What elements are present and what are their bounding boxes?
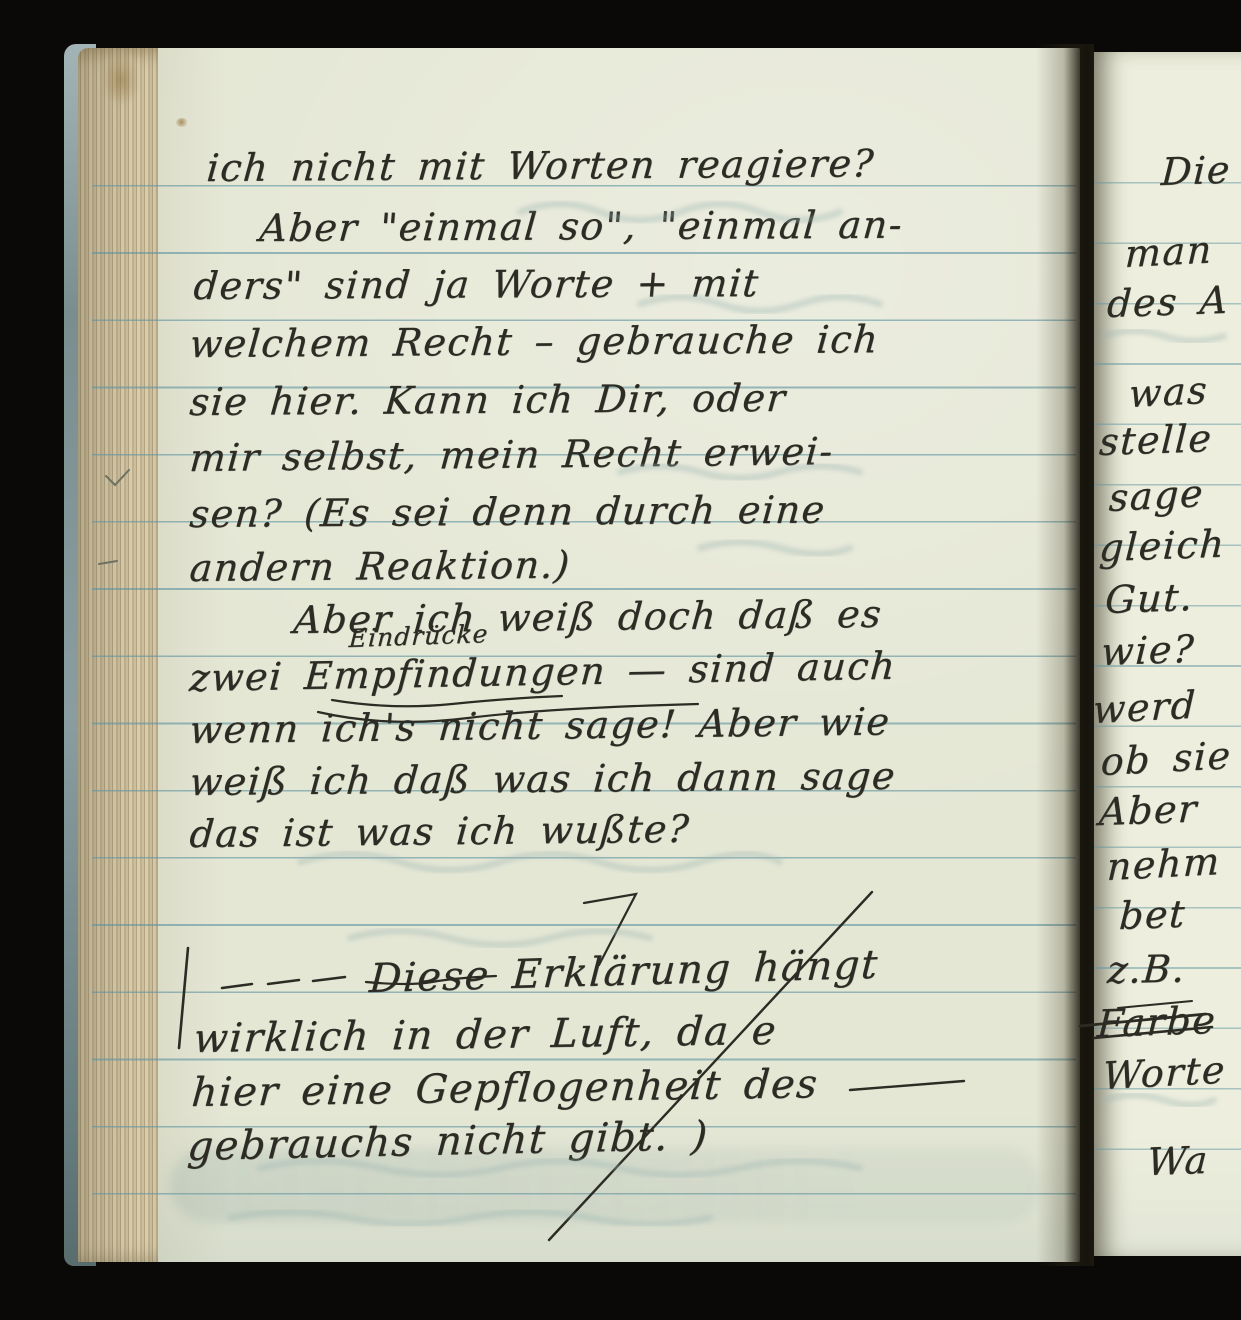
handwriting-fragment: ob sie: [1100, 733, 1232, 784]
handwriting-fragment: Worte: [1102, 1048, 1227, 1098]
handwriting-fragment: bet: [1118, 892, 1187, 938]
handwriting-line: Eindrücke: [348, 619, 489, 653]
handwriting-fragment: Gut.: [1104, 575, 1195, 622]
handwriting-line: sen? (Es sei denn durch eine: [188, 488, 827, 536]
handwriting-fragment: nehm: [1106, 839, 1221, 889]
handwriting-fragment: was: [1128, 368, 1209, 416]
handwriting-line: zwei Empfindungen — sind auch: [188, 644, 898, 700]
handwriting-fragment: werd: [1092, 683, 1197, 732]
handwriting-fragment: wie?: [1100, 627, 1196, 674]
handwriting-fragment: Aber: [1098, 787, 1199, 834]
handwriting-line: hier eine Gepflogenheit des: [190, 1061, 820, 1116]
handwriting-line: Aber "einmal so", "einmal an-: [258, 203, 905, 250]
handwriting-fragment: z.B.: [1106, 947, 1187, 992]
handwriting-fragment: gleich: [1098, 522, 1227, 570]
handwriting-layer: ich nicht mit Worten reagiere?Aber "einm…: [0, 0, 1241, 1320]
handwriting-line: sie hier. Kann ich Dir, oder: [188, 376, 788, 424]
handwriting-line: welchem Recht – gebrauche ich: [188, 317, 881, 366]
handwriting-fragment: sage: [1108, 471, 1205, 520]
handwriting-fragment: Die: [1160, 148, 1232, 194]
handwriting-fragment: des A: [1106, 278, 1230, 326]
handwriting-fragment: Farbe: [1096, 998, 1218, 1046]
handwriting-fragment: man: [1124, 227, 1213, 276]
handwriting-line: das ist was ich wußte?: [188, 807, 692, 856]
handwriting-line: ich nicht mit Worten reagiere?: [205, 141, 876, 190]
handwriting-line: weiß ich daß was ich dann sage: [188, 754, 898, 804]
handwriting-line: wirklich in der Luft, da e: [192, 1008, 779, 1062]
handwriting-line: gebrauchs nicht gibt. ): [186, 1113, 710, 1170]
handwriting-fragment: stelle: [1098, 416, 1214, 464]
handwriting-fragment: Wa: [1146, 1138, 1210, 1184]
handwriting-line: andern Reaktion.): [188, 543, 572, 590]
handwriting-line: wenn ich's nicht sage! Aber wie: [188, 699, 892, 752]
handwriting-line: Diese Erklärung hängt: [368, 942, 880, 1002]
handwriting-line: ders" sind ja Worte + mit: [192, 261, 761, 308]
handwriting-line: mir selbst, mein Recht erwei-: [188, 429, 835, 480]
